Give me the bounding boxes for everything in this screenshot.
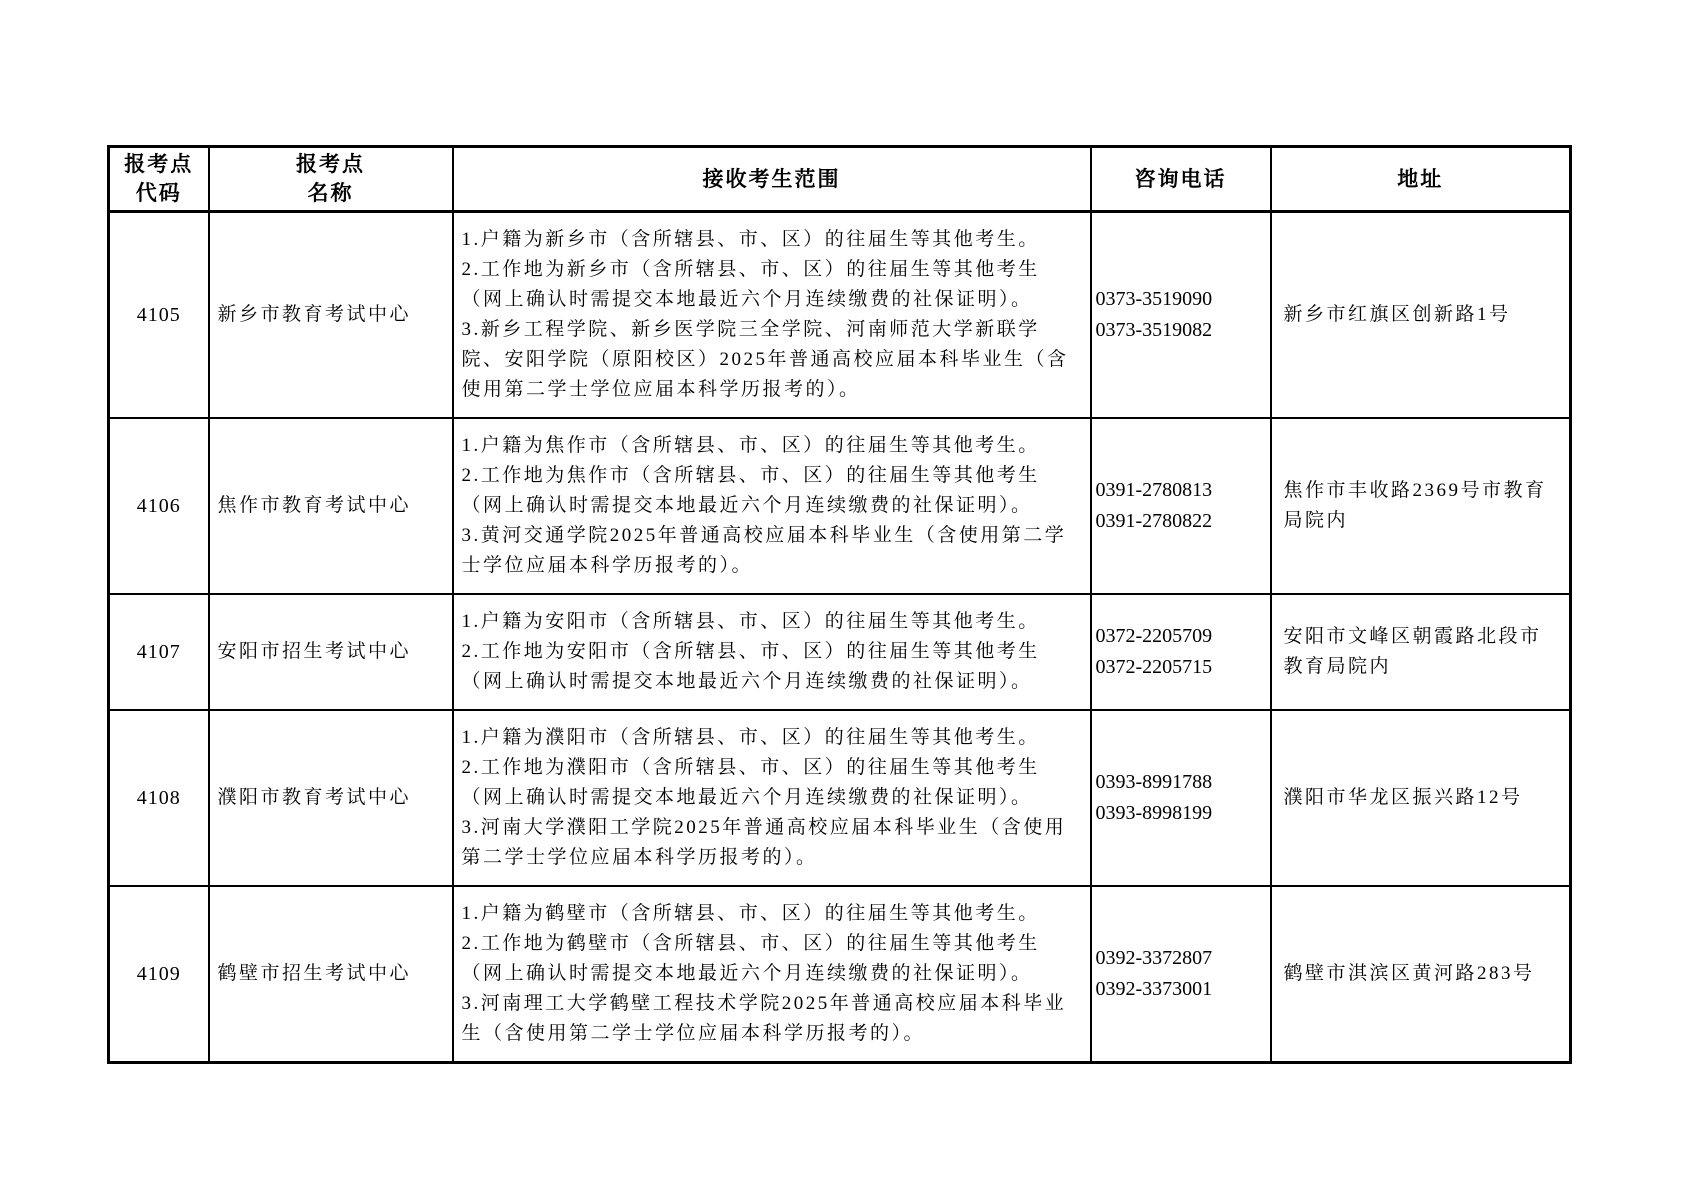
row-address: 安阳市文峰区朝霞路北段市教育局院内 bbox=[1271, 594, 1571, 710]
row-scope: 1.户籍为鹤壁市（含所辖县、市、区）的往届生等其他考生。2.工作地为鹤壁市（含所… bbox=[453, 886, 1091, 1063]
row-address: 濮阳市华龙区振兴路12号 bbox=[1271, 710, 1571, 886]
scope-item: 2.工作地为焦作市（含所辖县、市、区）的往届生等其他考生（网上确认时需提交本地最… bbox=[462, 461, 1082, 521]
table-row: 4109 鹤壁市招生考试中心 1.户籍为鹤壁市（含所辖县、市、区）的往届生等其他… bbox=[109, 886, 1571, 1063]
row-phone: 0393-89917880393-8998199 bbox=[1091, 710, 1271, 886]
row-code: 4107 bbox=[109, 594, 209, 710]
scope-item: 2.工作地为鹤壁市（含所辖县、市、区）的往届生等其他考生（网上确认时需提交本地最… bbox=[462, 929, 1082, 989]
scope-item: 1.户籍为安阳市（含所辖县、市、区）的往届生等其他考生。 bbox=[462, 607, 1082, 637]
table-row: 4105 新乡市教育考试中心 1.户籍为新乡市（含所辖县、市、区）的往届生等其他… bbox=[109, 212, 1571, 419]
scope-item: 3.河南大学濮阳工学院2025年普通高校应届本科毕业生（含使用第二学士学位应届本… bbox=[462, 813, 1082, 873]
row-name: 安阳市招生考试中心 bbox=[209, 594, 453, 710]
table-header: 报考点 代码 报考点 名称 接收考生范围 咨询电话 地址 bbox=[109, 147, 1571, 212]
row-phone: 0372-22057090372-2205715 bbox=[1091, 594, 1271, 710]
table-body: 4105 新乡市教育考试中心 1.户籍为新乡市（含所辖县、市、区）的往届生等其他… bbox=[109, 212, 1571, 1063]
row-code: 4108 bbox=[109, 710, 209, 886]
scope-item: 2.工作地为安阳市（含所辖县、市、区）的往届生等其他考生（网上确认时需提交本地最… bbox=[462, 637, 1082, 697]
scope-item: 1.户籍为濮阳市（含所辖县、市、区）的往届生等其他考生。 bbox=[462, 723, 1082, 753]
phone-number: 0391-2780822 bbox=[1096, 506, 1268, 537]
scope-item: 1.户籍为鹤壁市（含所辖县、市、区）的往届生等其他考生。 bbox=[462, 899, 1082, 929]
phone-number: 0372-2205709 bbox=[1096, 621, 1268, 652]
row-scope: 1.户籍为焦作市（含所辖县、市、区）的往届生等其他考生。2.工作地为焦作市（含所… bbox=[453, 418, 1091, 594]
table-row: 4106 焦作市教育考试中心 1.户籍为焦作市（含所辖县、市、区）的往届生等其他… bbox=[109, 418, 1571, 594]
phone-number: 0392-3373001 bbox=[1096, 974, 1268, 1005]
row-name: 焦作市教育考试中心 bbox=[209, 418, 453, 594]
row-phone: 0392-33728070392-3373001 bbox=[1091, 886, 1271, 1063]
header-code: 报考点 代码 bbox=[109, 147, 209, 212]
scope-item: 1.户籍为焦作市（含所辖县、市、区）的往届生等其他考生。 bbox=[462, 431, 1082, 461]
phone-number: 0372-2205715 bbox=[1096, 652, 1268, 683]
header-row: 报考点 代码 报考点 名称 接收考生范围 咨询电话 地址 bbox=[109, 147, 1571, 212]
scope-item: 3.新乡工程学院、新乡医学院三全学院、河南师范大学新联学院、安阳学院（原阳校区）… bbox=[462, 315, 1082, 405]
row-name: 鹤壁市招生考试中心 bbox=[209, 886, 453, 1063]
phone-number: 0393-8991788 bbox=[1096, 767, 1268, 798]
scope-item: 1.户籍为新乡市（含所辖县、市、区）的往届生等其他考生。 bbox=[462, 225, 1082, 255]
registration-points-table: 报考点 代码 报考点 名称 接收考生范围 咨询电话 地址 4105 新乡市教育考… bbox=[107, 145, 1572, 1064]
header-phone: 咨询电话 bbox=[1091, 147, 1271, 212]
header-name: 报考点 名称 bbox=[209, 147, 453, 212]
scope-item: 2.工作地为濮阳市（含所辖县、市、区）的往届生等其他考生（网上确认时需提交本地最… bbox=[462, 753, 1082, 813]
header-address: 地址 bbox=[1271, 147, 1571, 212]
phone-number: 0373-3519082 bbox=[1096, 315, 1268, 346]
phone-number: 0393-8998199 bbox=[1096, 798, 1268, 829]
row-scope: 1.户籍为安阳市（含所辖县、市、区）的往届生等其他考生。2.工作地为安阳市（含所… bbox=[453, 594, 1091, 710]
row-name: 濮阳市教育考试中心 bbox=[209, 710, 453, 886]
row-phone: 0391-27808130391-2780822 bbox=[1091, 418, 1271, 594]
row-scope: 1.户籍为濮阳市（含所辖县、市、区）的往届生等其他考生。2.工作地为濮阳市（含所… bbox=[453, 710, 1091, 886]
phone-number: 0392-3372807 bbox=[1096, 943, 1268, 974]
row-code: 4109 bbox=[109, 886, 209, 1063]
row-code: 4105 bbox=[109, 212, 209, 419]
scope-item: 3.黄河交通学院2025年普通高校应届本科毕业生（含使用第二学士学位应届本科学历… bbox=[462, 521, 1082, 581]
header-scope: 接收考生范围 bbox=[453, 147, 1091, 212]
scope-item: 2.工作地为新乡市（含所辖县、市、区）的往届生等其他考生（网上确认时需提交本地最… bbox=[462, 255, 1082, 315]
row-code: 4106 bbox=[109, 418, 209, 594]
row-scope: 1.户籍为新乡市（含所辖县、市、区）的往届生等其他考生。2.工作地为新乡市（含所… bbox=[453, 212, 1091, 419]
phone-number: 0373-3519090 bbox=[1096, 284, 1268, 315]
scope-item: 3.河南理工大学鹤壁工程技术学院2025年普通高校应届本科毕业生（含使用第二学士… bbox=[462, 989, 1082, 1049]
row-address: 鹤壁市淇滨区黄河路283号 bbox=[1271, 886, 1571, 1063]
row-name: 新乡市教育考试中心 bbox=[209, 212, 453, 419]
row-address: 焦作市丰收路2369号市教育局院内 bbox=[1271, 418, 1571, 594]
document-sheet: 报考点 代码 报考点 名称 接收考生范围 咨询电话 地址 4105 新乡市教育考… bbox=[107, 145, 1572, 1064]
table-row: 4108 濮阳市教育考试中心 1.户籍为濮阳市（含所辖县、市、区）的往届生等其他… bbox=[109, 710, 1571, 886]
phone-number: 0391-2780813 bbox=[1096, 475, 1268, 506]
table-row: 4107 安阳市招生考试中心 1.户籍为安阳市（含所辖县、市、区）的往届生等其他… bbox=[109, 594, 1571, 710]
row-address: 新乡市红旗区创新路1号 bbox=[1271, 212, 1571, 419]
row-phone: 0373-35190900373-3519082 bbox=[1091, 212, 1271, 419]
